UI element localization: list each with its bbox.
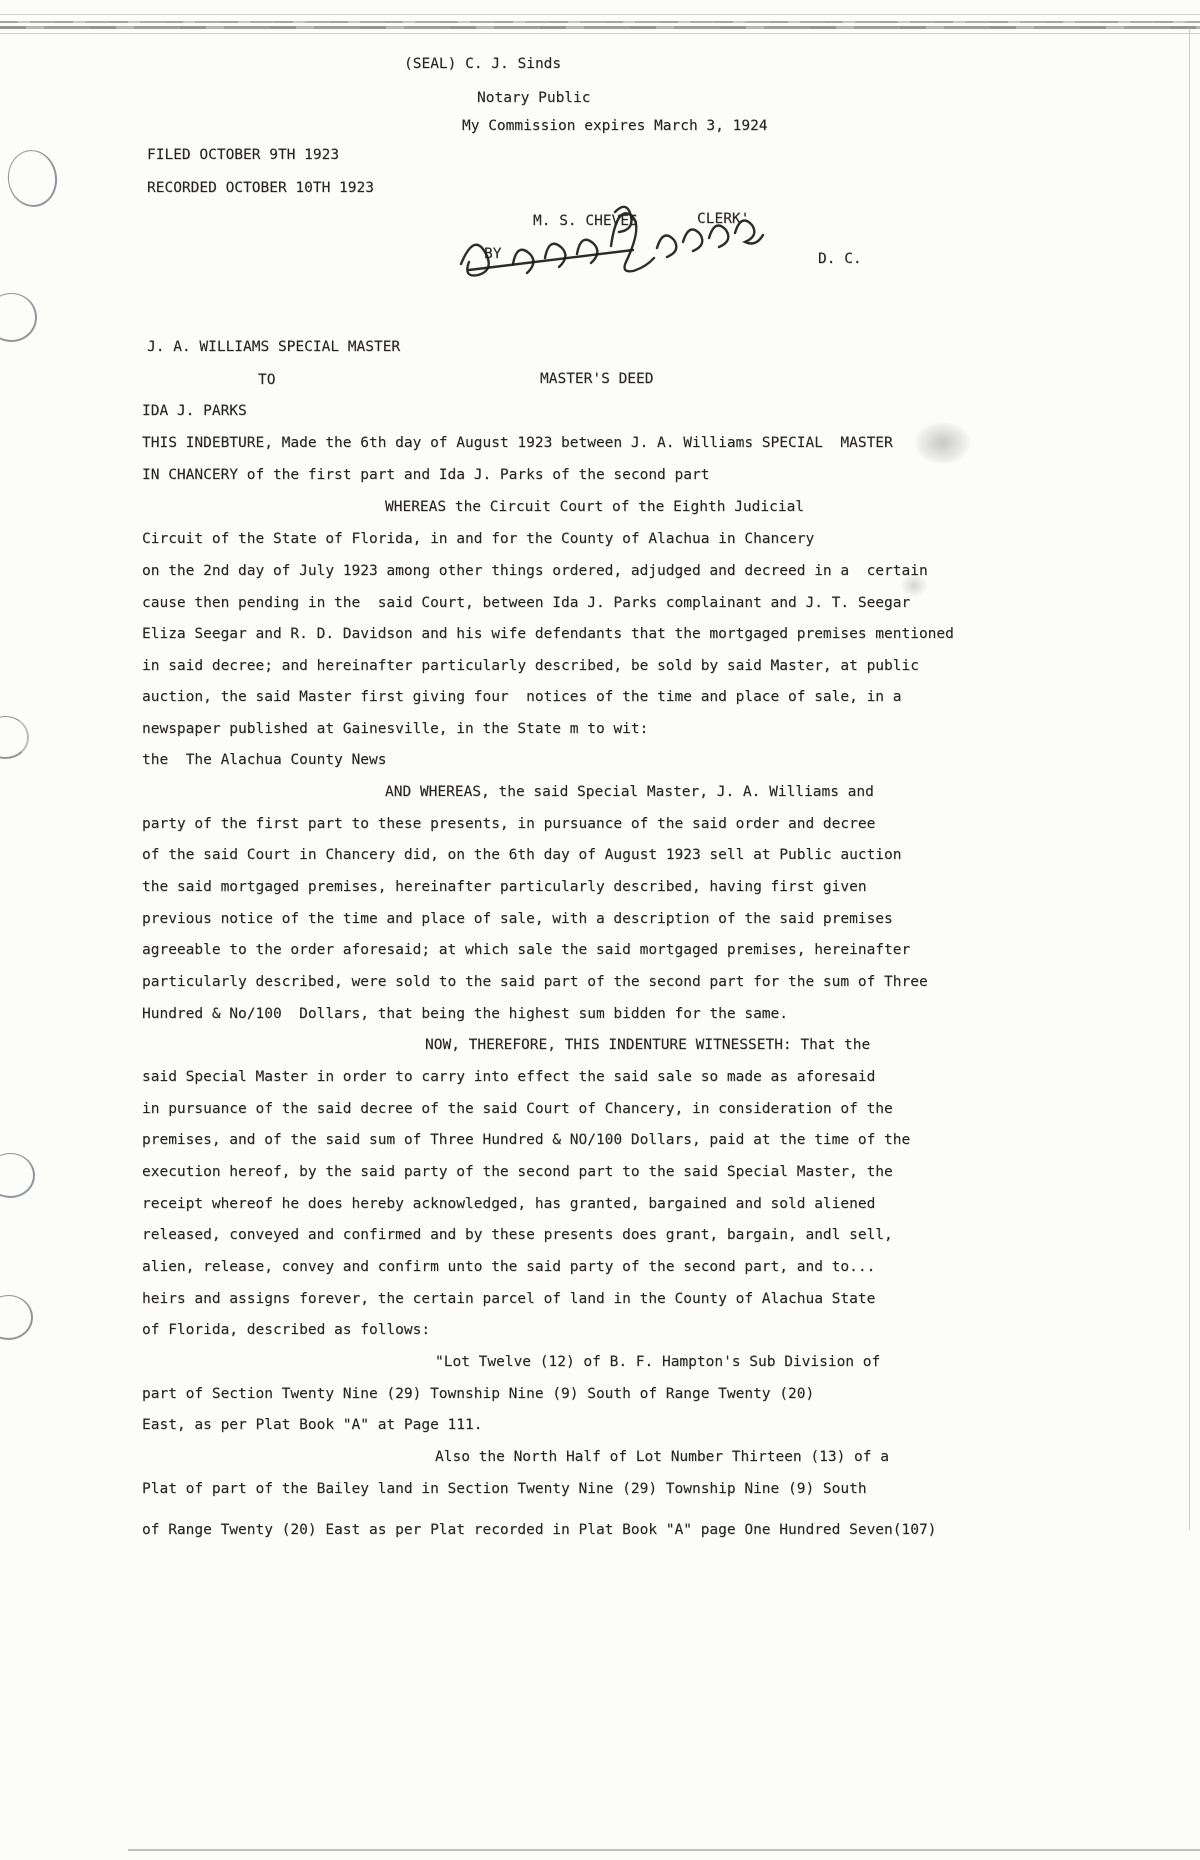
document-line: THIS INDEBTURE, Made the 6th day of Augu…	[142, 434, 893, 452]
scan-artifact-line	[0, 21, 1200, 23]
grantor-line: J. A. WILLIAMS SPECIAL MASTER	[147, 338, 400, 356]
document-line: in said decree; and hereinafter particul…	[142, 657, 919, 675]
binder-hole-mark	[0, 1295, 33, 1340]
document-line: particularly described, were sold to the…	[142, 973, 928, 991]
document-line: newspaper published at Gainesville, in t…	[142, 720, 648, 738]
document-line: Hundred & No/100 Dollars, that being the…	[142, 1005, 788, 1023]
document-line: in pursuance of the said decree of the s…	[142, 1100, 893, 1118]
document-line: East, as per Plat Book "A" at Page 111.	[142, 1416, 482, 1434]
notary-line: Notary Public	[477, 89, 591, 107]
document-line: part of Section Twenty Nine (29) Townshi…	[142, 1385, 814, 1403]
document-line: of Range Twenty (20) East as per Plat re…	[142, 1521, 936, 1539]
binder-hole-mark	[4, 147, 60, 210]
recorded-line: RECORDED OCTOBER 10TH 1923	[147, 179, 374, 197]
document-line: the The Alachua County News	[142, 751, 386, 769]
document-line: IN CHANCERY of the first part and Ida J.…	[142, 466, 709, 484]
document-line: WHEREAS the Circuit Court of the Eighth …	[385, 498, 804, 516]
document-line: party of the first part to these present…	[142, 815, 875, 833]
scan-edge-line	[1189, 28, 1190, 1530]
binder-hole-mark	[0, 716, 29, 759]
document-line: NOW, THEREFORE, THIS INDENTURE WITNESSET…	[425, 1036, 870, 1054]
document-line: execution hereof, by the said party of t…	[142, 1163, 893, 1181]
scan-artifact-line	[0, 14, 1200, 15]
scan-artifact-line	[128, 1849, 1200, 1851]
document-line: previous notice of the time and place of…	[142, 910, 893, 928]
document-line: cause then pending in the said Court, be…	[142, 594, 910, 612]
document-line: Also the North Half of Lot Number Thirte…	[435, 1448, 889, 1466]
document-line: receipt whereof he does hereby acknowled…	[142, 1195, 875, 1213]
document-line: said Special Master in order to carry in…	[142, 1068, 875, 1086]
to-label: TO	[258, 371, 275, 389]
document-line: AND WHEREAS, the said Special Master, J.…	[385, 783, 874, 801]
dc-label: D. C.	[818, 250, 862, 268]
document-line: Eliza Seegar and R. D. Davidson and his …	[142, 625, 954, 643]
binder-hole-mark	[0, 293, 37, 342]
document-line: "Lot Twelve (12) of B. F. Hampton's Sub …	[435, 1353, 880, 1371]
document-line: of Florida, described as follows:	[142, 1321, 430, 1339]
document-line: heirs and assigns forever, the certain p…	[142, 1290, 875, 1308]
clerk-title: CLERK'	[697, 210, 749, 228]
binder-hole-mark	[0, 1153, 35, 1198]
document-line: premises, and of the said sum of Three H…	[142, 1131, 910, 1149]
document-line: on the 2nd day of July 1923 among other …	[142, 562, 928, 580]
document-line: of the said Court in Chancery did, on th…	[142, 846, 902, 864]
commission-line: My Commission expires March 3, 1924	[462, 117, 768, 135]
clerk-name: M. S. CHEVES	[533, 212, 638, 230]
document-line: released, conveyed and confirmed and by …	[142, 1226, 893, 1244]
scan-artifact-line	[0, 26, 1200, 29]
scanned-document-page: (SEAL) C. J. SindsNotary PublicMy Commis…	[0, 0, 1200, 1860]
deed-title: MASTER'S DEED	[540, 370, 654, 388]
by-label: BY	[484, 245, 501, 263]
document-line: agreeable to the order aforesaid; at whi…	[142, 941, 910, 959]
document-line: auction, the said Master first giving fo…	[142, 688, 902, 706]
grantee-line: IDA J. PARKS	[142, 402, 247, 420]
seal-line: (SEAL) C. J. Sinds	[404, 55, 561, 73]
scan-artifact-line	[0, 33, 1200, 34]
filed-line: FILED OCTOBER 9TH 1923	[147, 146, 339, 164]
document-line: the said mortgaged premises, hereinafter…	[142, 878, 867, 896]
document-line: alien, release, convey and confirm unto …	[142, 1258, 875, 1276]
ink-smudge	[915, 422, 970, 464]
document-line: Plat of part of the Bailey land in Secti…	[142, 1480, 867, 1498]
document-line: Circuit of the State of Florida, in and …	[142, 530, 814, 548]
